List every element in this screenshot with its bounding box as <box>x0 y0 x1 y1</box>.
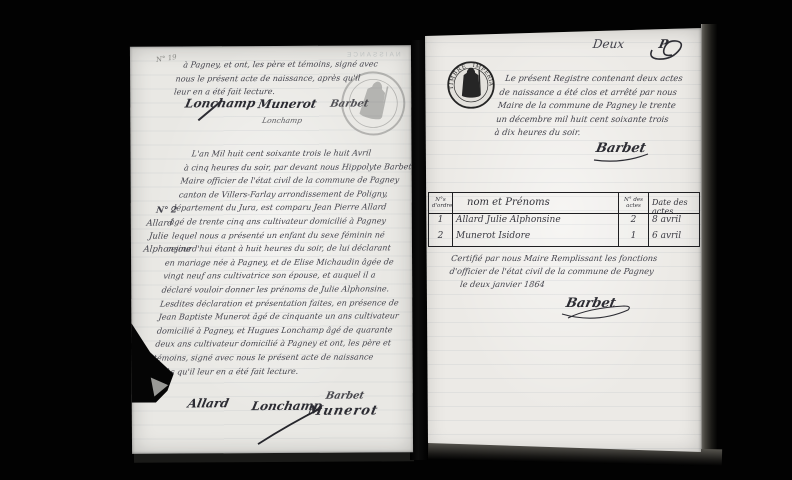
register-left-page: N° 19 NAISSANCE à Pagney, et ont, les pè… <box>130 45 413 453</box>
birth-act-text: L'an Mil huit cent soixante trois le hui… <box>151 146 406 378</box>
manuscript-line: canton de Villers-Farlay arrondissement … <box>172 187 402 202</box>
index-table-header-row: N°s d'ordre nom et Prénoms N° des actes … <box>429 193 699 214</box>
manuscript-line: L'an Mil huit cent soixante trois le hui… <box>177 146 407 161</box>
index-table-row: 1 Allard Julie Alphonsine 2 8 avril <box>429 214 699 230</box>
manuscript-line: le deux janvier 1864 <box>447 278 687 291</box>
signature-munerot: Munerot <box>257 97 318 111</box>
cell-act: 2 <box>619 214 649 230</box>
cell-date: 6 avril <box>649 230 699 246</box>
manuscript-line: domicilié à Pagney, et Hugues Lonchamp â… <box>156 323 386 338</box>
header-act-date: Date des actes <box>649 193 699 213</box>
count-word-deux: Deux <box>592 37 625 51</box>
index-certification-text: Certifié par nous Maire Remplissant les … <box>447 252 690 292</box>
manuscript-line: département du Jura, est comparu Jean Pi… <box>170 201 400 216</box>
manuscript-line: deux ans cultivateur domicilié à Pagney … <box>154 337 384 352</box>
manuscript-line: à dix heures du soir. <box>494 126 692 140</box>
signature-allard: Allard <box>186 396 230 410</box>
manuscript-line: après qu'il leur en a été fait lecture. <box>151 364 381 379</box>
manuscript-line: Jean Baptiste Munerot âgé de cinquante u… <box>158 310 388 325</box>
header-names: nom et Prénoms <box>453 193 619 213</box>
manuscript-line: à cinq heures du soir, par devant nous H… <box>175 160 405 175</box>
scanned-register-spread: N° 19 NAISSANCE à Pagney, et ont, les pè… <box>0 0 792 480</box>
book-page-edges-right <box>701 24 718 462</box>
register-right-page: Deux P TIMBRE IMPERIAL <box>424 28 701 454</box>
manuscript-line: de naissance a été clos et arrêté par no… <box>499 86 697 100</box>
register-closing-statement: Le présent Registre contenant deux actes… <box>494 72 698 140</box>
cell-order: 2 <box>429 230 453 246</box>
signature-long-flourish <box>250 404 330 448</box>
header-order-number: N°s d'ordre <box>429 193 453 213</box>
manuscript-line: Lesdites déclaration et présentation fai… <box>159 296 389 311</box>
header-act-line2: actes <box>622 203 645 209</box>
manuscript-line: cejourd'hui étant à huit heures du soir,… <box>166 242 396 257</box>
manuscript-line: Maire de la commune de Pagney le trente <box>497 99 695 113</box>
header-order-line1: N°s <box>432 194 449 203</box>
manuscript-line: Maire officier de l'état civil de la com… <box>174 173 404 188</box>
manuscript-line: un décembre mil huit cent soixante trois <box>495 113 693 127</box>
alphabetical-index-table: N°s d'ordre nom et Prénoms N° des actes … <box>428 192 700 247</box>
manuscript-line: d'officier de l'état civil de la commune… <box>449 265 689 278</box>
header-order-line2: d'ordre <box>432 203 449 209</box>
manuscript-line: âgé de trente cinq ans cultivateur domic… <box>169 214 399 229</box>
cell-order: 1 <box>429 214 453 230</box>
paraph-mark: P <box>646 34 686 66</box>
header-act-line1: N° des <box>622 194 645 203</box>
cell-act: 1 <box>619 230 649 246</box>
signature-flourish <box>188 98 228 122</box>
manuscript-line: Le présent Registre contenant deux actes <box>500 72 698 86</box>
signature-barbet-bottom: Barbet <box>325 391 365 402</box>
manuscript-line: lequel nous a présenté un enfant du sexe… <box>167 228 397 243</box>
timbre-imperial-stamp: TIMBRE IMPERIAL <box>446 60 496 110</box>
manuscript-line: vingt neuf ans cultivatrice son épouse, … <box>162 269 392 284</box>
pencil-folio-note: N° 19 <box>156 53 178 64</box>
cell-date: 8 avril <box>649 214 699 230</box>
manuscript-line: déclaré vouloir donner les prénoms de Ju… <box>161 282 391 297</box>
signature-underline-flourish <box>592 146 652 164</box>
index-table-row: 2 Munerot Isidore 1 6 avril <box>429 230 699 246</box>
header-act-number: N° des actes <box>619 193 649 213</box>
timbre-imperial-stamp-faded <box>332 62 413 144</box>
cell-name: Munerot Isidore <box>453 230 619 246</box>
signature-lonchamp-small: Lonchamp <box>261 116 303 125</box>
signature-swirl-flourish <box>558 298 634 322</box>
cell-name: Allard Julie Alphonsine <box>453 214 619 230</box>
manuscript-line: témoins, signé avec nous le présent acte… <box>153 350 383 365</box>
manuscript-line: en mariage née à Pagney, et de Elise Mic… <box>164 255 394 270</box>
manuscript-line: Certifié par nous Maire Remplissant les … <box>450 252 690 265</box>
